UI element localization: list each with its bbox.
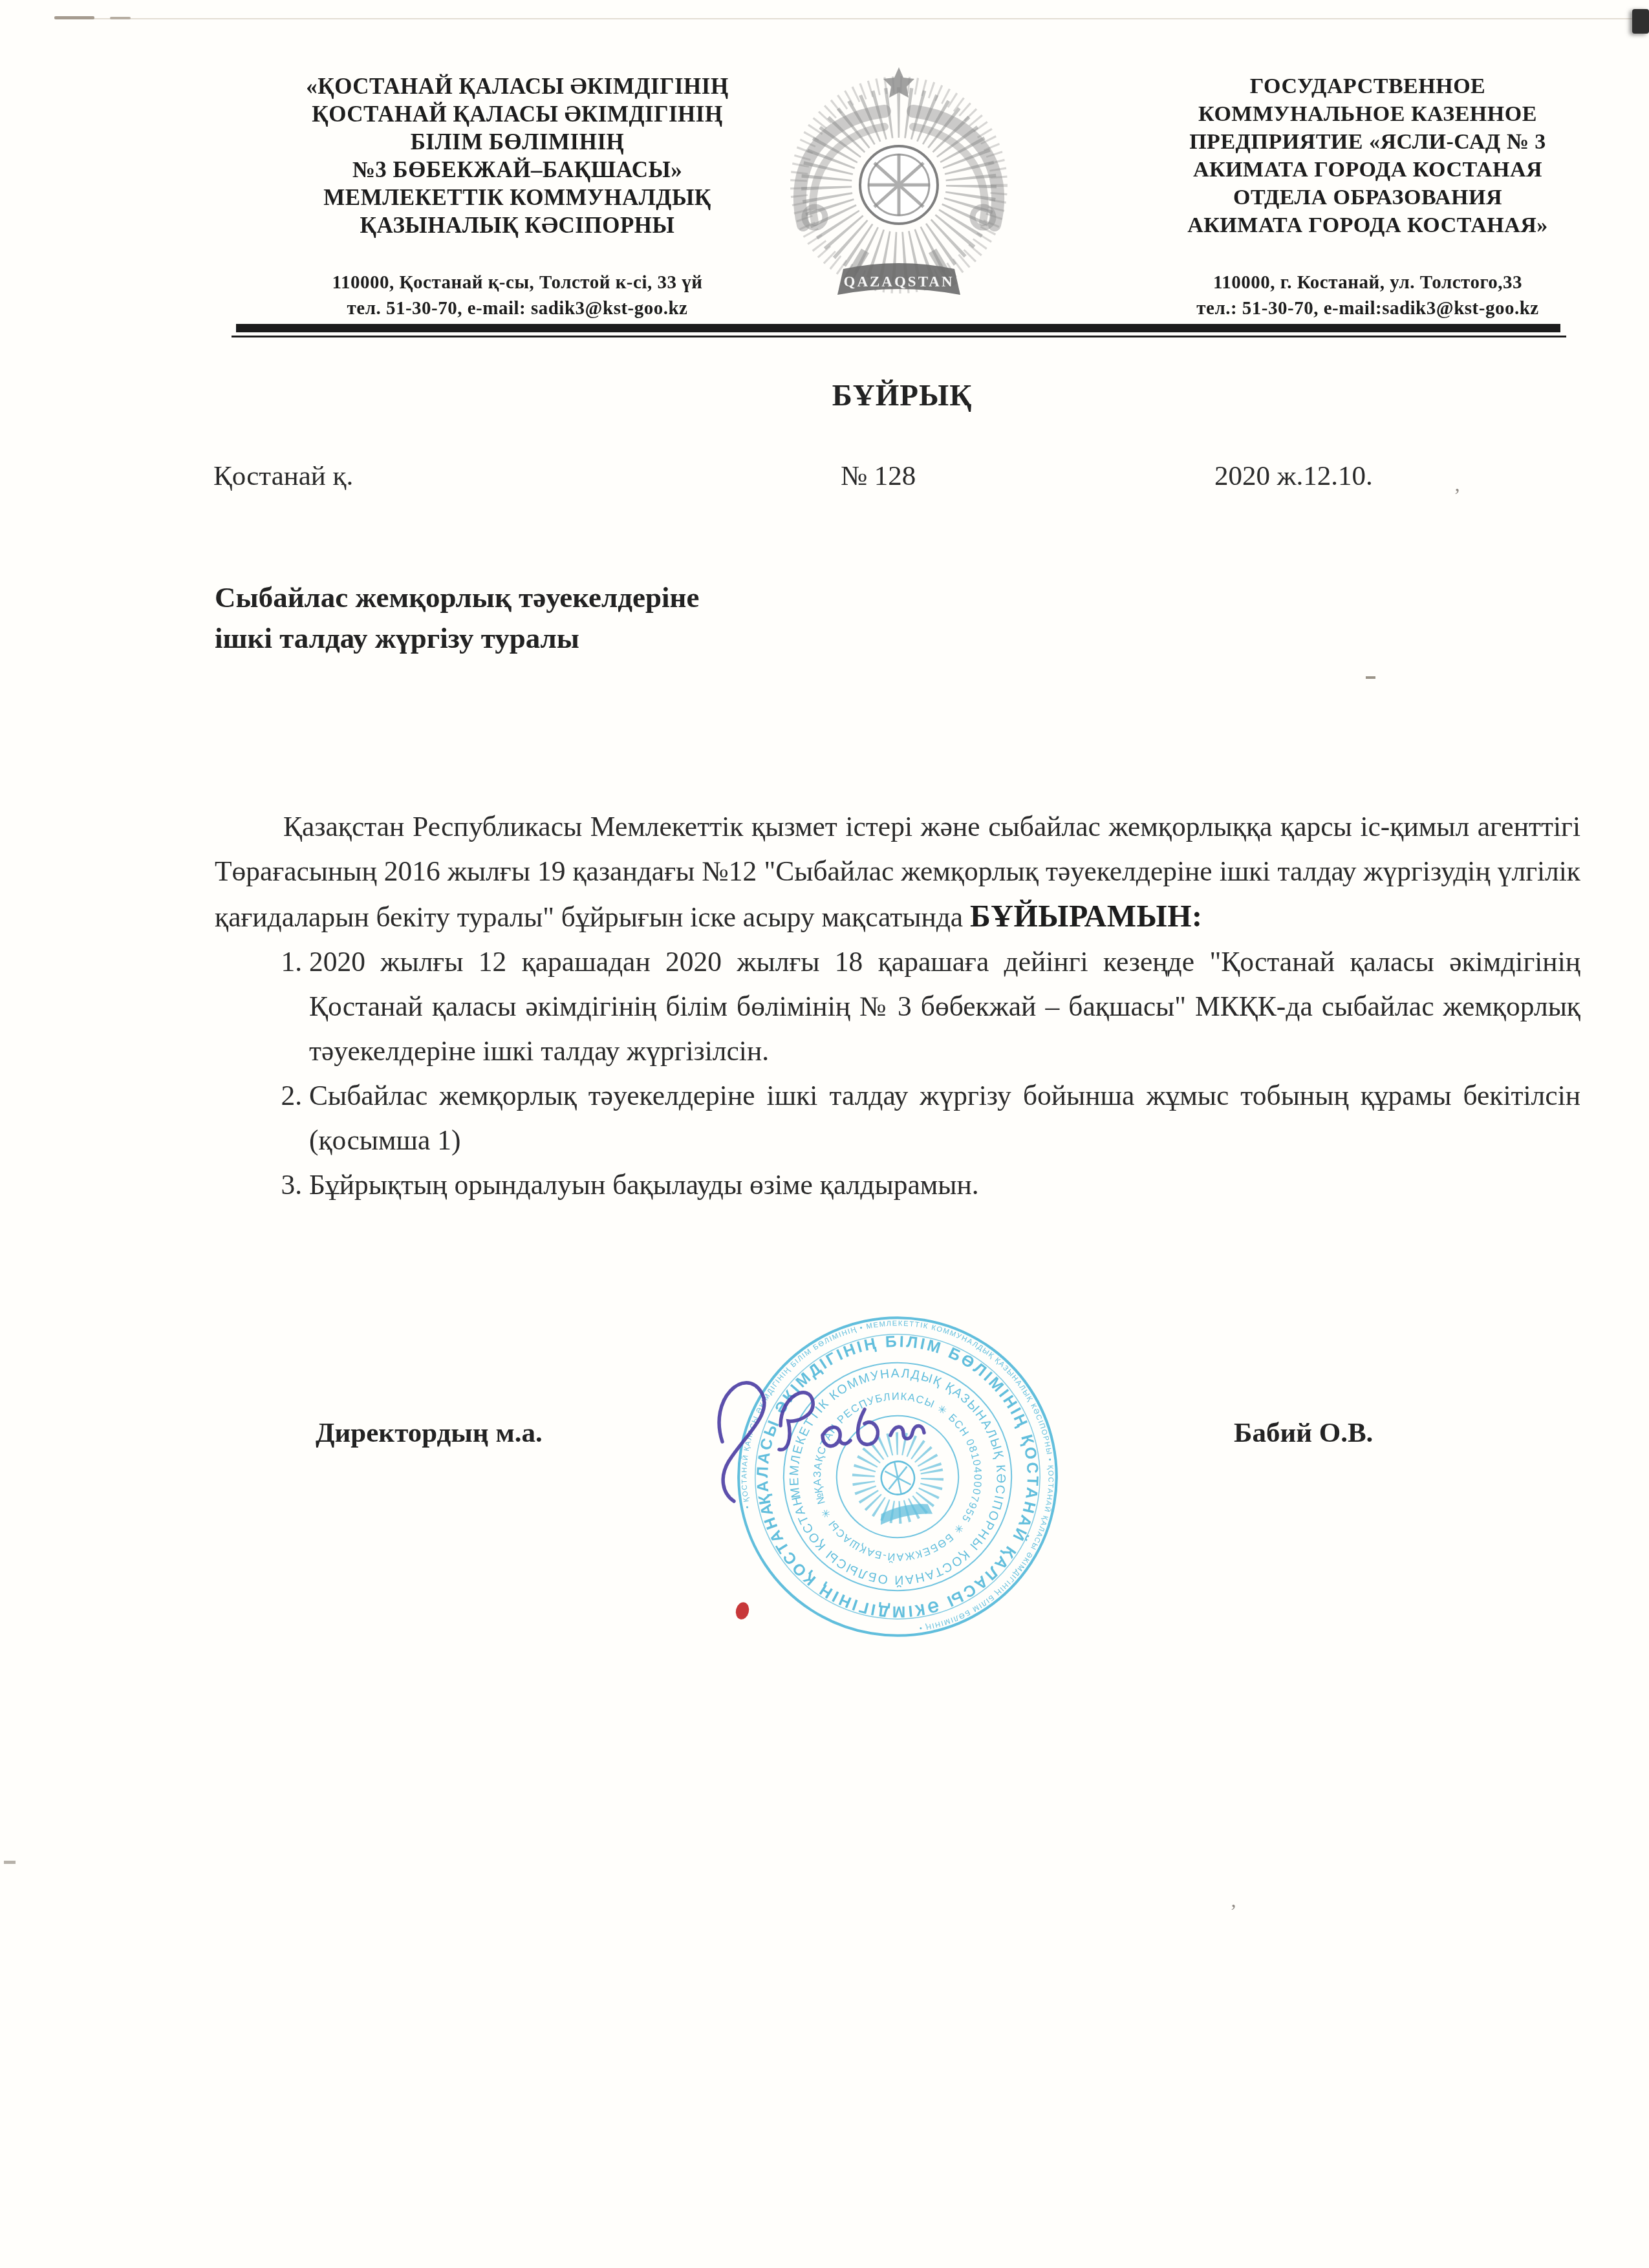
scan-artifact-speck — [1366, 676, 1375, 679]
letterhead-left-line: №3 БӨБЕКЖАЙ–БАҚШАСЫ» — [233, 156, 802, 184]
scan-artifact-dash — [110, 17, 131, 19]
scan-artifact-speck: ’ — [1454, 484, 1461, 508]
order-item-1: 2020 жылғы 12 қарашадан 2020 жылғы 18 қа… — [309, 940, 1580, 1074]
letterhead-right-line: ПРЕДПРИЯТИЕ «ЯСЛИ-САД № 3 — [1086, 128, 1649, 156]
letterhead-right: ГОСУДАРСТВЕННОЕ КОММУНАЛЬНОЕ КАЗЕННОЕ ПР… — [1086, 72, 1649, 321]
order-resolve-word: БҰЙЫРАМЫН: — [970, 899, 1202, 934]
signer-position-label: Директордың м.а. — [316, 1417, 543, 1449]
letterhead-left-address: 110000, Қостанай қ-сы, Толстой к-сі, 33 … — [233, 270, 802, 321]
scan-artifact-corner-mark — [1632, 9, 1649, 34]
subject-line: Сыбайлас жемқорлық тәуекелдеріне — [215, 577, 699, 618]
address-line: тел.: 51-30-70, e-mail:sadik3@kst-goo.kz — [1086, 295, 1649, 321]
letterhead-divider-thick — [236, 324, 1560, 332]
letterhead-right-line: КОММУНАЛЬНОЕ КАЗЕННОЕ — [1086, 100, 1649, 128]
signer-name: Бабий О.В. — [1234, 1417, 1373, 1449]
subject-line: ішкі талдау жүргізу туралы — [215, 618, 699, 659]
letterhead-divider-thin — [232, 336, 1566, 337]
order-item-2: Сыбайлас жемқорлық тәуекелдеріне ішкі та… — [309, 1074, 1580, 1163]
letterhead-left: «ҚОСТАНАЙ ҚАЛАСЫ ӘКІМДІГІНІҢ ҚОСТАНАЙ ҚА… — [233, 72, 802, 321]
scanned-order-document: ’ ’ «ҚОСТАНАЙ ҚАЛАСЫ ӘКІМДІГІНІҢ ҚОСТАНА… — [0, 0, 1649, 2268]
address-line: 110000, г. Костанай, ул. Толстого,33 — [1086, 270, 1649, 295]
emblem-banner-text: QAZAQSTAN — [844, 273, 954, 290]
order-title: БҰЙРЫҚ — [155, 378, 1649, 413]
order-number: № 128 — [841, 460, 916, 492]
red-ink-dot — [734, 1601, 751, 1621]
letterhead-right-line: АКИМАТА ГОРОДА КОСТАНАЯ» — [1086, 211, 1649, 239]
scan-artifact-top-line — [59, 18, 1649, 19]
order-items-list: 2020 жылғы 12 қарашадан 2020 жылғы 18 қа… — [215, 940, 1580, 1208]
letterhead-left-line: МЕМЛЕКЕТТІК КОММУНАЛДЫҚ — [233, 184, 802, 211]
handwritten-signature — [682, 1337, 960, 1531]
order-body: Қазақстан Республикасы Мемлекеттік қызме… — [215, 805, 1580, 1208]
letterhead-left-line: «ҚОСТАНАЙ ҚАЛАСЫ ӘКІМДІГІНІҢ — [233, 72, 802, 100]
scan-artifact-dash — [54, 16, 94, 19]
order-intro-text: Қазақстан Республикасы Мемлекеттік қызме… — [215, 811, 1580, 933]
letterhead-right-line: АКИМАТА ГОРОДА КОСТАНАЯ — [1086, 156, 1649, 184]
order-date: 2020 ж.12.10. — [1214, 460, 1373, 492]
letterhead-left-line: ҚОСТАНАЙ ҚАЛАСЫ ӘКІМДІГІНІҢ — [233, 100, 802, 128]
order-intro-paragraph: Қазақстан Республикасы Мемлекеттік қызме… — [215, 805, 1580, 940]
letterhead-right-address: 110000, г. Костанай, ул. Толстого,33 тел… — [1086, 270, 1649, 321]
address-line: 110000, Қостанай қ-сы, Толстой к-сі, 33 … — [233, 270, 802, 295]
order-item-3: Бұйрықтың орындалуын бақылауды өзіме қал… — [309, 1163, 1580, 1208]
order-subject: Сыбайлас жемқорлық тәуекелдеріне ішкі та… — [215, 577, 699, 659]
letterhead-right-line: ГОСУДАРСТВЕННОЕ — [1086, 72, 1649, 100]
letterhead-left-line: ҚАЗЫНАЛЫҚ КӘСІПОРНЫ — [233, 211, 802, 239]
letterhead-left-line: БІЛІМ БӨЛІМІНІҢ — [233, 128, 802, 156]
address-line: тел. 51-30-70, e-mail: sadik3@kst-goo.kz — [233, 295, 802, 321]
scan-artifact-edge-mark — [4, 1861, 16, 1864]
kazakhstan-coat-of-arms: QAZAQSTAN — [768, 56, 1029, 313]
order-place: Қостанай қ. — [213, 460, 353, 492]
scan-artifact-speck: ’ — [1230, 1899, 1237, 1923]
letterhead-right-line: ОТДЕЛА ОБРАЗОВАНИЯ — [1086, 184, 1649, 211]
